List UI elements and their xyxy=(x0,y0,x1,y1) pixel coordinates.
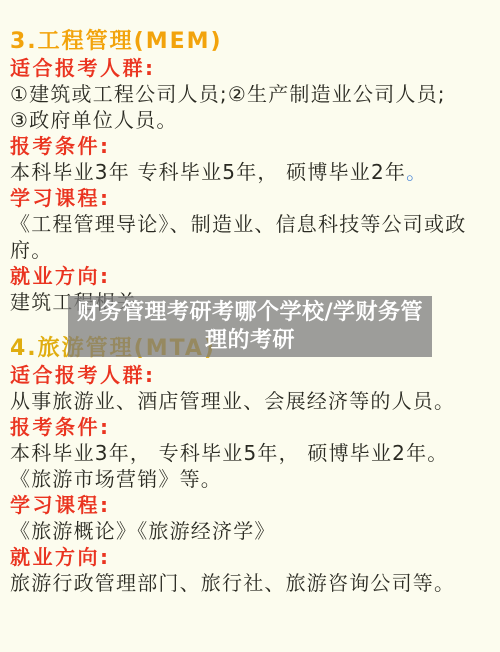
overlay-title-line-2: 理的考研 xyxy=(205,327,295,355)
overlay-title-line-1: 财务管理考研考哪个学校/学财务管 xyxy=(77,299,423,327)
mem-requirements-text: 本科毕业3年 专科毕业5年， 硕博毕业2年 xyxy=(10,160,406,184)
mta-audience-line: 从事旅游业、酒店管理业、会展经济等的人员。 xyxy=(10,388,492,414)
mem-audience-line-2: ③政府单位人员。 xyxy=(10,107,492,133)
mem-requirements-line: 本科毕业3年 专科毕业5年， 硕博毕业2年。 xyxy=(10,159,492,185)
section-mta: 4.旅游管理(MTA) 适合报考人群: 从事旅游业、酒店管理业、会展经济等的人员… xyxy=(10,335,492,596)
mta-career-label: 就业方向: xyxy=(10,544,492,570)
title-overlay: 财务管理考研考哪个学校/学财务管 理的考研 xyxy=(68,296,432,357)
mem-audience-label: 适合报考人群: xyxy=(10,55,492,81)
mta-audience-label: 适合报考人群: xyxy=(10,362,492,388)
mta-requirements-line-2: 《旅游市场营销》等。 xyxy=(10,466,492,492)
mta-audience-block: 适合报考人群: 从事旅游业、酒店管理业、会展经济等的人员。 xyxy=(10,362,492,414)
mta-career-line: 旅游行政管理部门、旅行社、旅游咨询公司等。 xyxy=(10,570,492,596)
mem-career-label: 就业方向: xyxy=(10,263,492,289)
mta-courses-block: 学习课程: 《旅游概论》《旅游经济学》 xyxy=(10,492,492,544)
mta-career-block: 就业方向: 旅游行政管理部门、旅行社、旅游咨询公司等。 xyxy=(10,544,492,596)
mem-courses-line: 《工程管理导论》、制造业、信息科技等公司或政府。 xyxy=(10,211,492,263)
mta-requirements-block: 报考条件: 本科毕业3年， 专科毕业5年， 硕博毕业2年。 《旅游市场营销》等。 xyxy=(10,414,492,492)
section-mem: 3.工程管理(MEM) 适合报考人群: ①建筑或工程公司人员;②生产制造业公司人… xyxy=(10,28,492,315)
section-mem-title: 3.工程管理(MEM) xyxy=(10,28,492,55)
mem-requirements-label: 报考条件: xyxy=(10,133,492,159)
mem-requirements-block: 报考条件: 本科毕业3年 专科毕业5年， 硕博毕业2年。 xyxy=(10,133,492,185)
mem-audience-block: 适合报考人群: ①建筑或工程公司人员;②生产制造业公司人员; ③政府单位人员。 xyxy=(10,55,492,133)
mem-requirements-blue-period: 。 xyxy=(406,160,427,184)
mem-courses-label: 学习课程: xyxy=(10,185,492,211)
mta-requirements-label: 报考条件: xyxy=(10,414,492,440)
mta-courses-label: 学习课程: xyxy=(10,492,492,518)
mta-requirements-line-1: 本科毕业3年， 专科毕业5年， 硕博毕业2年。 xyxy=(10,440,492,466)
mem-audience-line-1: ①建筑或工程公司人员;②生产制造业公司人员; xyxy=(10,81,492,107)
mta-courses-line: 《旅游概论》《旅游经济学》 xyxy=(10,518,492,544)
mem-courses-block: 学习课程: 《工程管理导论》、制造业、信息科技等公司或政府。 xyxy=(10,185,492,263)
